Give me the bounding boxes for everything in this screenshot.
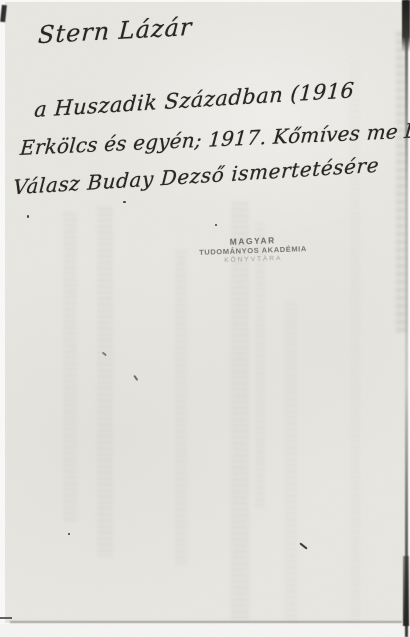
card-bottom-edge: [10, 621, 402, 623]
show-through-streak: [285, 302, 297, 622]
show-through-streak: [175, 250, 187, 565]
ink-speck: [134, 375, 139, 381]
scanner-background: [0, 624, 410, 637]
handwritten-line-author: Stern Lázár: [37, 13, 193, 49]
show-through-streak: [231, 202, 249, 622]
show-through-streak: [255, 222, 265, 507]
scan-edge-shadow-right: [405, 0, 408, 637]
handwritten-line-4: Válasz Buday Dezső ismertetésére: [13, 153, 380, 200]
show-through-streak: [63, 212, 77, 522]
ink-speck: [299, 542, 307, 549]
show-through-streak: [350, 62, 360, 622]
handwritten-line-2: a Huszadik Században (1916: [34, 78, 356, 122]
ink-speck: [27, 215, 29, 218]
scanned-card: Stern Lázár a Huszadik Században (1916 E…: [5, 2, 405, 623]
ink-speck: [123, 201, 126, 203]
show-through-streak: [97, 207, 113, 557]
ink-speck: [68, 533, 70, 535]
scan-edge-shadow-bottom-right: [403, 556, 409, 626]
scan-edge-shadow-top-right: [402, 0, 410, 52]
ink-speck: [215, 224, 217, 226]
card-bottom-left-edge: [0, 617, 12, 619]
library-stamp: MAGYAR TUDOMÁNYOS AKADÉMIA KÖNYVTÁRA: [198, 234, 309, 266]
